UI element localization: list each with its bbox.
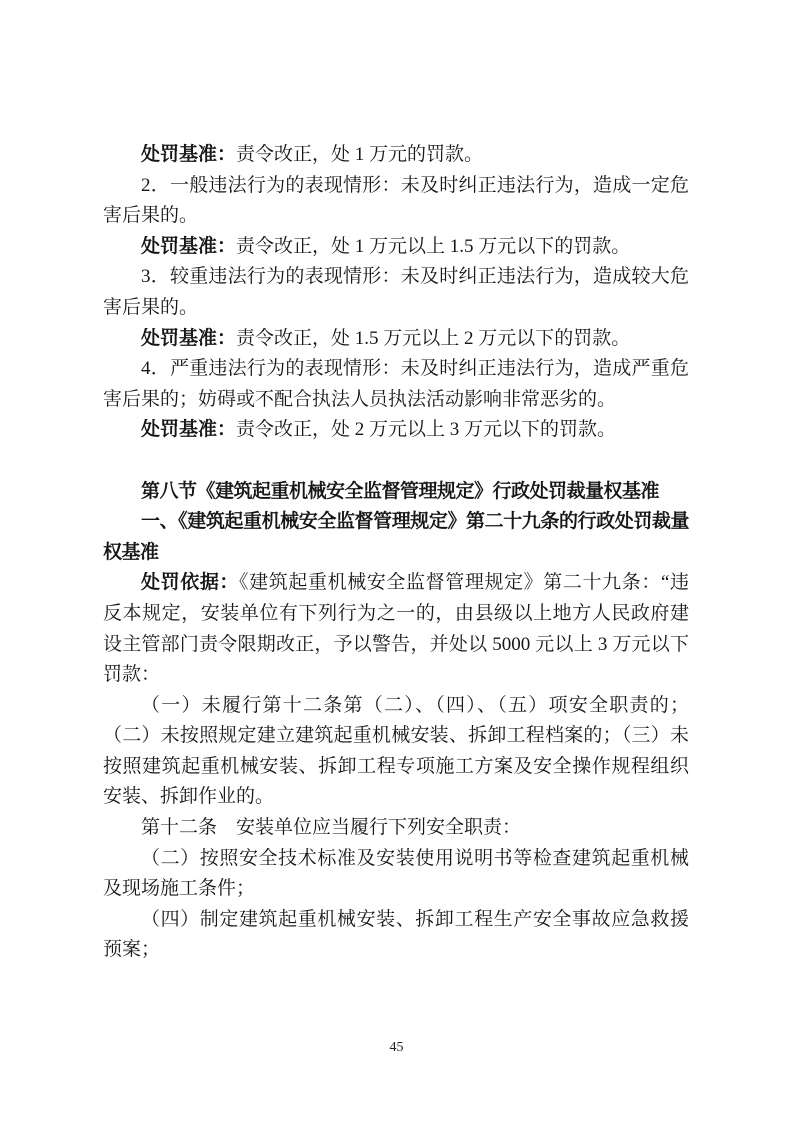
subsection-1-heading: 一、《建筑起重机械安全监督管理规定》第二十九条的行政处罚裁量权基准 xyxy=(103,507,689,568)
article-12-item-2-paragraph: （二）按照安全技术标准及安装使用说明书等检查建筑起重机械及现场施工条件； xyxy=(103,844,689,905)
article-12-item-4-text: （四）制定建筑起重机械安装、拆卸工程生产安全事故应急救援预案； xyxy=(103,909,689,961)
penalty-basis-text: 责令改正，处 1 万元以上 1.5 万元以下的罚款。 xyxy=(236,236,630,257)
violation-serious-paragraph: 3．较重违法行为的表现情形：未及时纠正违法行为，造成较大危害后果的。 xyxy=(103,262,689,323)
violation-severe-paragraph: 4．严重违法行为的表现情形：未及时纠正违法行为，造成严重危害后果的；妨碍或不配合… xyxy=(103,354,689,415)
violation-serious-text: 3．较重违法行为的表现情形：未及时纠正违法行为，造成较大危害后果的。 xyxy=(103,266,689,318)
penalty-basis-text: 责令改正，处 1 万元的罚款。 xyxy=(236,144,483,165)
penalty-basis-label: 处罚基准： xyxy=(141,236,236,257)
violation-general-paragraph: 2．一般违法行为的表现情形：未及时纠正违法行为，造成一定危害后果的。 xyxy=(103,171,689,232)
article-12-intro-text: 第十二条 安装单位应当履行下列安全职责： xyxy=(141,817,521,838)
section-8-heading: 第八节《建筑起重机械安全监督管理规定》行政处罚裁量权基准 xyxy=(103,477,689,508)
violation-severe-text: 4．严重违法行为的表现情形：未及时纠正违法行为，造成严重危害后果的；妨碍或不配合… xyxy=(103,358,689,410)
penalty-basis-paragraph-1: 处罚基准：责令改正，处 1 万元的罚款。 xyxy=(103,140,689,171)
penalty-source-label: 处罚依据： xyxy=(141,572,239,593)
article-12-item-2-text: （二）按照安全技术标准及安装使用说明书等检查建筑起重机械及现场施工条件； xyxy=(103,848,689,900)
subsection-1-heading-text: 一、《建筑起重机械安全监督管理规定》第二十九条的行政处罚裁量权基准 xyxy=(103,511,689,563)
penalty-source-paragraph: 处罚依据：《建筑起重机械安全监督管理规定》第二十九条：“违反本规定，安装单位有下… xyxy=(103,568,689,690)
article-12-intro-paragraph: 第十二条 安装单位应当履行下列安全职责： xyxy=(103,813,689,844)
penalty-basis-label: 处罚基准： xyxy=(141,419,236,440)
penalty-basis-label: 处罚基准： xyxy=(141,328,236,349)
section-8-heading-text: 第八节《建筑起重机械安全监督管理规定》行政处罚裁量权基准 xyxy=(141,481,659,502)
document-body: 处罚基准：责令改正，处 1 万元的罚款。 2．一般违法行为的表现情形：未及时纠正… xyxy=(103,140,689,966)
penalty-basis-label: 处罚基准： xyxy=(141,144,236,165)
penalty-basis-paragraph-3: 处罚基准：责令改正，处 1.5 万元以上 2 万元以下的罚款。 xyxy=(103,324,689,355)
section-gap xyxy=(103,446,689,477)
violation-items-paragraph: （一）未履行第十二条第（二）、（四）、（五）项安全职责的；（二）未按照规定建立建… xyxy=(103,691,689,813)
penalty-basis-paragraph-2: 处罚基准：责令改正，处 1 万元以上 1.5 万元以下的罚款。 xyxy=(103,232,689,263)
violation-items-text: （一）未履行第十二条第（二）、（四）、（五）项安全职责的；（二）未按照规定建立建… xyxy=(103,695,689,808)
penalty-basis-text: 责令改正，处 2 万元以上 3 万元以下的罚款。 xyxy=(236,419,616,440)
document-page: 处罚基准：责令改正，处 1 万元的罚款。 2．一般违法行为的表现情形：未及时纠正… xyxy=(0,0,793,1122)
page-number: 45 xyxy=(0,1038,793,1058)
violation-general-text: 2．一般违法行为的表现情形：未及时纠正违法行为，造成一定危害后果的。 xyxy=(103,175,689,227)
article-12-item-4-paragraph: （四）制定建筑起重机械安装、拆卸工程生产安全事故应急救援预案； xyxy=(103,905,689,966)
penalty-basis-text: 责令改正，处 1.5 万元以上 2 万元以下的罚款。 xyxy=(236,328,630,349)
penalty-basis-paragraph-4: 处罚基准：责令改正，处 2 万元以上 3 万元以下的罚款。 xyxy=(103,415,689,446)
